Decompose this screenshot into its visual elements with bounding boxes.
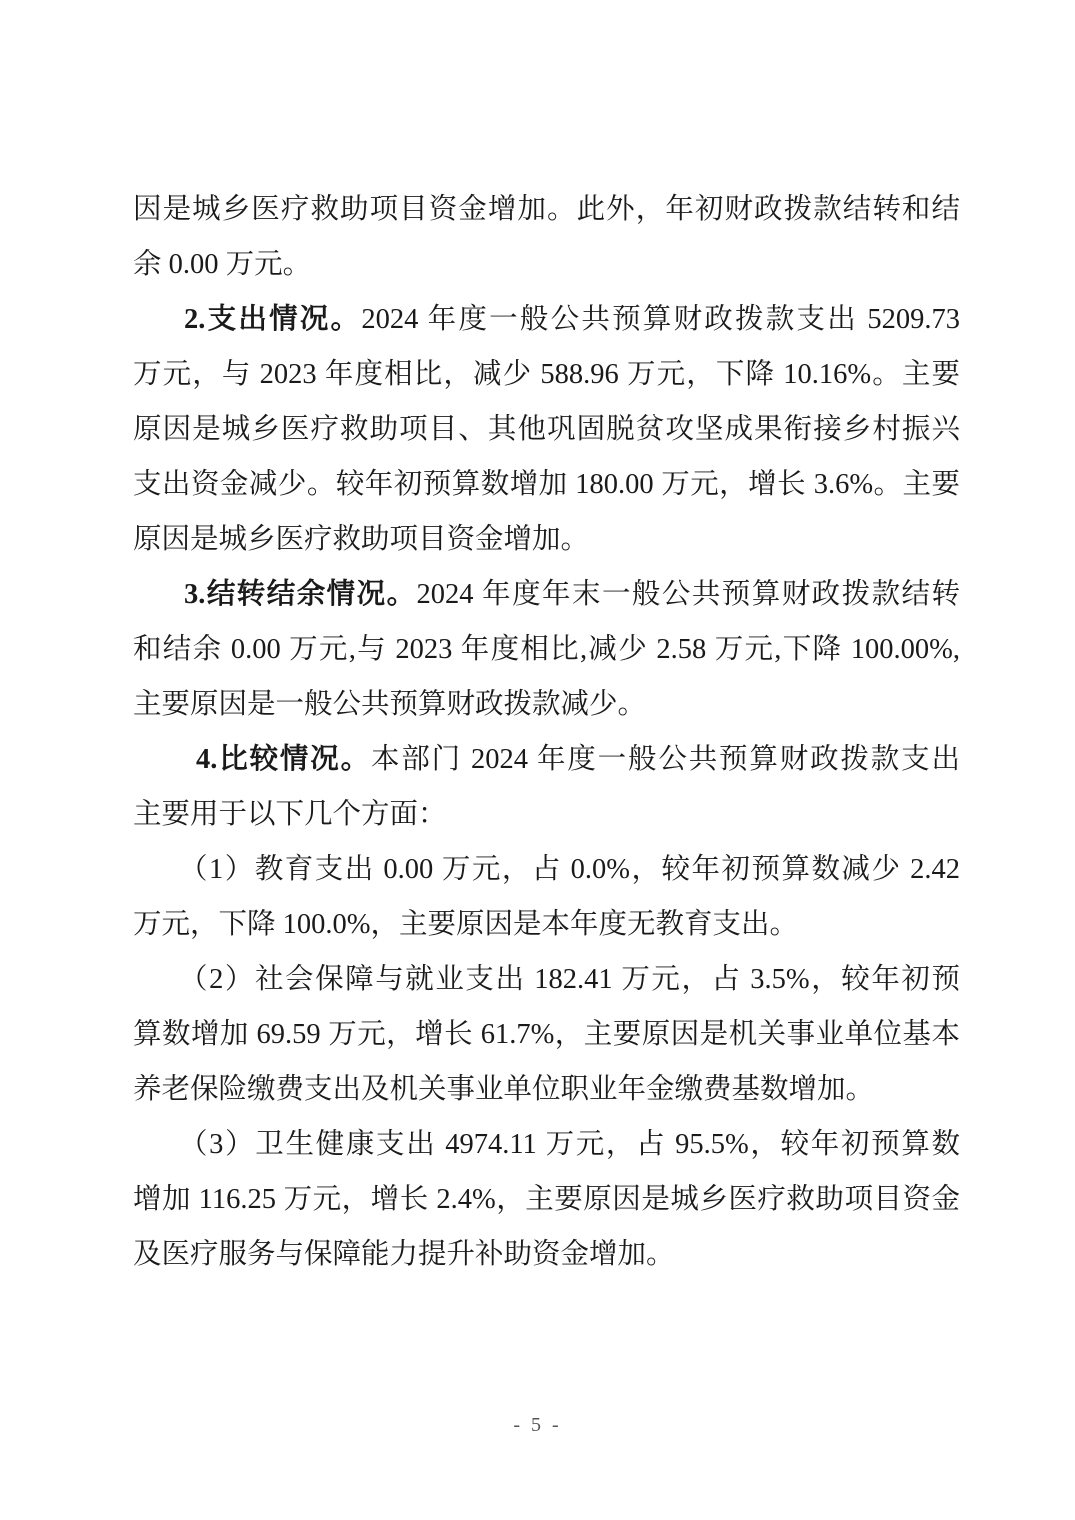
text-line: 及医疗服务与保障能力提升补助资金增加。: [133, 1227, 960, 1282]
page-footer: - 5 -: [0, 1412, 1075, 1438]
text-line: 支出资金减少。较年初预算数增加 180.00 万元，增长 3.6%。主要: [133, 457, 960, 512]
text-line: 原因是城乡医疗救助项目资金增加。: [133, 512, 960, 567]
text-line: 万元，下降 100.0%，主要原因是本年度无教育支出。: [133, 897, 960, 952]
text-line: 和结余 0.00 万元,与 2023 年度相比,减少 2.58 万元,下降 10…: [133, 622, 960, 677]
line-text: 和结余 0.00 万元,与 2023 年度相比,减少 2.58 万元,下降 10…: [133, 634, 960, 665]
line-text: 2024 年度一般公共预算财政拨款支出 5209.73: [361, 304, 960, 335]
line-text: 养老保险缴费支出及机关事业单位职业年金缴费基数增加。: [133, 1074, 874, 1105]
line-text: 算数增加 69.59 万元，增长 61.7%，主要原因是机关事业单位基本: [133, 1019, 960, 1050]
line-text: 因是城乡医疗救助项目资金增加。此外，年初财政拨款结转和结: [133, 194, 960, 225]
line-text: 增加 116.25 万元，增长 2.4%，主要原因是城乡医疗救助项目资金: [133, 1184, 960, 1215]
line-text: 原因是城乡医疗救助项目资金增加。: [133, 524, 589, 555]
line-text: 支出资金减少。较年初预算数增加 180.00 万元，增长 3.6%。主要: [133, 469, 960, 500]
text-line: 原因是城乡医疗救助项目、其他巩固脱贫攻坚成果衔接乡村振兴: [133, 402, 960, 457]
line-text: 原因是城乡医疗救助项目、其他巩固脱贫攻坚成果衔接乡村振兴: [133, 414, 960, 445]
section-label: 2.支出情况。: [184, 304, 361, 335]
text-line: 3.结转结余情况。2024 年度年末一般公共预算财政拨款结转: [133, 567, 960, 622]
text-line: 主要原因是一般公共预算财政拨款减少。: [133, 677, 960, 732]
line-text: （1）教育支出 0.00 万元，占 0.0%，较年初预算数减少 2.42: [179, 854, 960, 885]
text-line: 算数增加 69.59 万元，增长 61.7%，主要原因是机关事业单位基本: [133, 1007, 960, 1062]
line-text: 主要原因是一般公共预算财政拨款减少。: [133, 689, 646, 720]
section-label: 3.结转结余情况。: [184, 579, 417, 610]
body-text: 因是城乡医疗救助项目资金增加。此外，年初财政拨款结转和结 余 0.00 万元。 …: [133, 182, 960, 1282]
text-line: 余 0.00 万元。: [133, 237, 960, 292]
text-line: 4.比较情况。本部门 2024 年度一般公共预算财政拨款支出: [133, 732, 960, 787]
text-line: （2）社会保障与就业支出 182.41 万元，占 3.5%，较年初预: [133, 952, 960, 1007]
text-line: （1）教育支出 0.00 万元，占 0.0%，较年初预算数减少 2.42: [133, 842, 960, 897]
text-line: 养老保险缴费支出及机关事业单位职业年金缴费基数增加。: [133, 1062, 960, 1117]
line-text: （2）社会保障与就业支出 182.41 万元，占 3.5%，较年初预: [179, 964, 960, 995]
document-page: 因是城乡医疗救助项目资金增加。此外，年初财政拨款结转和结 余 0.00 万元。 …: [0, 0, 1075, 1520]
text-line: 2.支出情况。2024 年度一般公共预算财政拨款支出 5209.73: [133, 292, 960, 347]
line-text: 本部门 2024 年度一般公共预算财政拨款支出: [371, 744, 960, 775]
line-text: 余 0.00 万元。: [133, 249, 311, 280]
line-text: 万元，下降 100.0%，主要原因是本年度无教育支出。: [133, 909, 798, 940]
text-line: 主要用于以下几个方面：: [133, 787, 960, 842]
line-text: （3）卫生健康支出 4974.11 万元，占 95.5%，较年初预算数: [179, 1129, 960, 1160]
line-text: 万元，与 2023 年度相比，减少 588.96 万元，下降 10.16%。主要: [133, 359, 960, 390]
line-text: 及医疗服务与保障能力提升补助资金增加。: [133, 1239, 675, 1270]
text-line: 万元，与 2023 年度相比，减少 588.96 万元，下降 10.16%。主要: [133, 347, 960, 402]
line-text: 主要用于以下几个方面：: [133, 799, 447, 830]
text-line: 增加 116.25 万元，增长 2.4%，主要原因是城乡医疗救助项目资金: [133, 1172, 960, 1227]
page-number: - 5 -: [513, 1414, 561, 1436]
text-line: （3）卫生健康支出 4974.11 万元，占 95.5%，较年初预算数: [133, 1117, 960, 1172]
section-label: 4.比较情况。: [196, 744, 371, 775]
text-line: 因是城乡医疗救助项目资金增加。此外，年初财政拨款结转和结: [133, 182, 960, 237]
line-text: 2024 年度年末一般公共预算财政拨款结转: [417, 579, 960, 610]
